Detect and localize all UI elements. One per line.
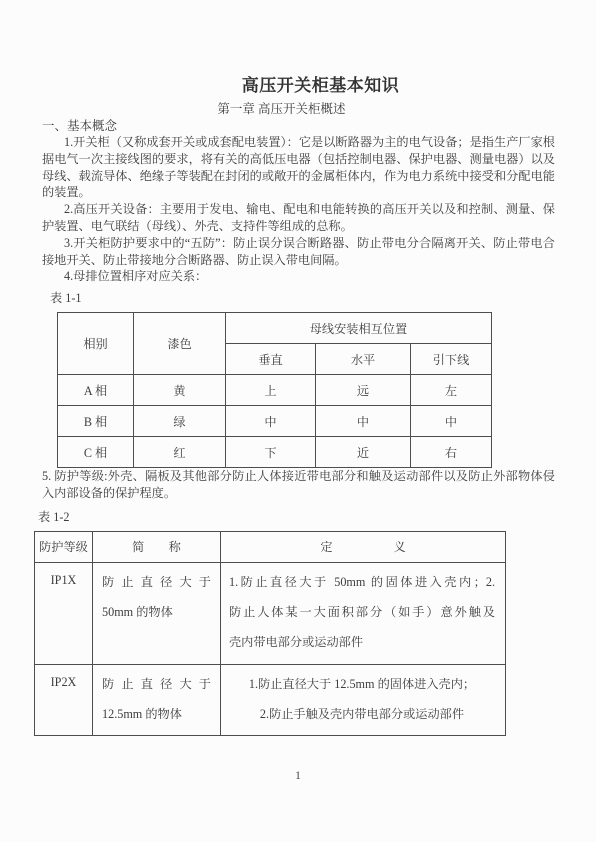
table-1-2-caption: 表 1-2 bbox=[38, 509, 555, 526]
cell-level: IP1X bbox=[35, 562, 93, 664]
header-cell-short-name: 简 称 bbox=[93, 531, 221, 562]
cell-short-name: 防止直径大于 12.5mm 的物体 bbox=[93, 664, 221, 735]
cell-definition: 1.防止直径大于 50mm 的固体进入壳内；2. 防止人体某一大面积部分（如手）… bbox=[221, 562, 506, 664]
cell-horizontal: 近 bbox=[316, 437, 411, 468]
paragraph-hv-switch-equipment: 2.高压开关设备：主要用于发电、输电、配电和电能转换的高压开关以及和控制、测量、… bbox=[42, 201, 555, 235]
table-row-ip1x: IP1X 防止直径大于 50mm 的物体 1.防止直径大于 50mm 的固体进入… bbox=[35, 562, 506, 664]
cell-level: IP2X bbox=[35, 664, 93, 735]
document-page: 高压开关柜基本知识 第一章 高压开关柜概述 一、基本概念 1.开关柜（又称成套开… bbox=[0, 0, 596, 842]
table-row-phase-b: B 相 绿 中 中 中 bbox=[58, 406, 492, 437]
header-cell-busbar-mutual-position: 母线安装相互位置 bbox=[226, 313, 492, 344]
cell-color: 绿 bbox=[134, 406, 226, 437]
cell-vertical: 中 bbox=[226, 406, 316, 437]
cell-color: 黄 bbox=[134, 375, 226, 406]
cell-lead-down: 中 bbox=[411, 406, 492, 437]
header-cell-paint-color: 漆色 bbox=[134, 313, 226, 375]
cell-horizontal: 远 bbox=[316, 375, 411, 406]
header-cell-protection-level: 防护等级 bbox=[35, 531, 93, 562]
cell-short-name: 防止直径大于 50mm 的物体 bbox=[93, 562, 221, 664]
header-cell-definition: 定 义 bbox=[221, 531, 506, 562]
header-cell-lead-down: 引下线 bbox=[411, 344, 492, 375]
paragraph-five-preventions: 3.开关柜防护要求中的“五防”：防止误分误合断路器、防止带电分合隔离开关、防止带… bbox=[42, 235, 555, 269]
section-heading: 一、基本概念 bbox=[42, 118, 555, 134]
header-cell-phase: 相别 bbox=[58, 313, 134, 375]
page-content: 高压开关柜基本知识 第一章 高压开关柜概述 一、基本概念 1.开关柜（又称成套开… bbox=[0, 0, 596, 736]
chapter-heading: 第一章 高压开关柜概述 bbox=[42, 101, 555, 117]
cell-phase: C 相 bbox=[58, 437, 134, 468]
cell-lead-down: 左 bbox=[411, 375, 492, 406]
paragraph-protection-degree: 5. 防护等级:外壳、隔板及其他部分防止人体接近带电部分和触及运动部件以及防止外… bbox=[42, 468, 555, 502]
paragraph-switchgear-definition: 1.开关柜（又称成套开关或成套配电装置）：它是以断路器为主的电气设备；是指生产厂… bbox=[42, 134, 555, 201]
table-busbar-position: 相别 漆色 母线安装相互位置 垂直 水平 引下线 A 相 黄 上 远 左 bbox=[57, 312, 492, 468]
table-header-row: 相别 漆色 母线安装相互位置 bbox=[58, 313, 492, 344]
cell-color: 红 bbox=[134, 437, 226, 468]
cell-phase: A 相 bbox=[58, 375, 134, 406]
cell-phase: B 相 bbox=[58, 406, 134, 437]
cell-vertical: 上 bbox=[226, 375, 316, 406]
cell-lead-down: 右 bbox=[411, 437, 492, 468]
paragraph-busbar-phase-order: 4.母排位置相序对应关系： bbox=[42, 268, 555, 285]
doc-title: 高压开关柜基本知识 bbox=[42, 74, 555, 98]
cell-vertical: 下 bbox=[226, 437, 316, 468]
table-row-phase-c: C 相 红 下 近 右 bbox=[58, 437, 492, 468]
header-cell-horizontal: 水平 bbox=[316, 344, 411, 375]
table-row-phase-a: A 相 黄 上 远 左 bbox=[58, 375, 492, 406]
table-row-ip2x: IP2X 防止直径大于 12.5mm 的物体 1.防止直径大于 12.5mm 的… bbox=[35, 664, 506, 735]
header-cell-vertical: 垂直 bbox=[226, 344, 316, 375]
cell-definition: 1.防止直径大于 12.5mm 的固体进入壳内； 2.防止手触及壳内带电部分或运… bbox=[221, 664, 506, 735]
cell-horizontal: 中 bbox=[316, 406, 411, 437]
table-header-row: 防护等级 简 称 定 义 bbox=[35, 531, 506, 562]
table-protection-levels: 防护等级 简 称 定 义 IP1X 防止直径大于 50mm 的物体 1.防止直径… bbox=[34, 531, 506, 736]
page-number: 1 bbox=[0, 769, 596, 783]
table-1-1-caption: 表 1-1 bbox=[50, 290, 555, 307]
